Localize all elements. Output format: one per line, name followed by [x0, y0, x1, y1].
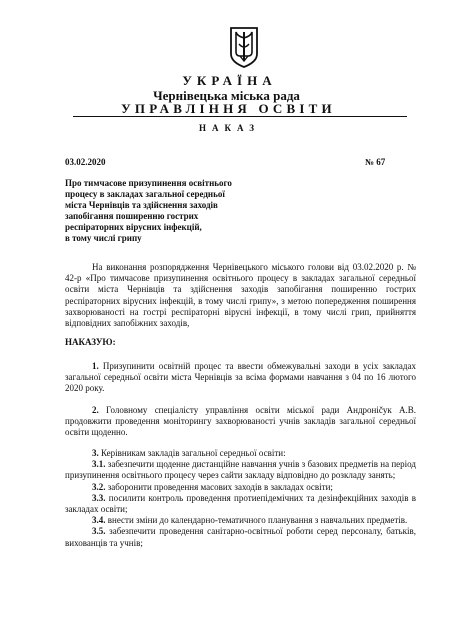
- ukraine-trident-emblem-icon: [229, 26, 259, 68]
- subject-line: Про тимчасове призупинення освітнього: [65, 178, 265, 189]
- subitem-text: внести зміни до календарно-тематичного п…: [106, 515, 408, 525]
- subitem-text: заборонити проведення масових заходів в …: [106, 482, 333, 492]
- subitem-number: 3.4.: [92, 515, 106, 525]
- order-number: № 67: [365, 157, 385, 167]
- item-text: Керівникам закладів загальної середньої …: [99, 448, 286, 458]
- order-item-2: 2. Головному спеціалісту управління осві…: [65, 405, 416, 439]
- item-number: 2.: [92, 405, 99, 415]
- subitem-3-4: 3.4. внести зміни до календарно-тематичн…: [65, 515, 416, 526]
- order-heading: НАКАЗУЮ:: [65, 337, 116, 347]
- order-item-3: 3. Керівникам закладів загальної середнь…: [65, 448, 416, 549]
- preamble-paragraph: На виконання розпорядження Чернівецького…: [65, 262, 416, 329]
- subitem-number: 3.2.: [92, 482, 106, 492]
- subject-line: процесу в закладах загальної середньої: [65, 189, 265, 200]
- item-number: 1.: [92, 361, 99, 371]
- department-name: УПРАВЛІННЯ ОСВІТИ: [0, 101, 453, 117]
- item-text: Головному спеціалісту управління освіти …: [65, 405, 416, 437]
- subitem-3-2: 3.2. заборонити проведення масових заход…: [65, 482, 416, 493]
- subitem-3-5: 3.5. забезпечити проведення санітарно-ос…: [65, 526, 416, 548]
- subitem-number: 3.3.: [92, 493, 106, 503]
- item-text: Призупинити освітній процес та ввести об…: [65, 361, 416, 393]
- subitem-text: посилити контроль проведення протиепідем…: [65, 493, 416, 514]
- item-3-intro: 3. Керівникам закладів загальної середнь…: [65, 448, 416, 459]
- subitem-number: 3.5.: [92, 526, 106, 536]
- document-type-title: НАКАЗ: [0, 123, 453, 133]
- header-divider: [73, 116, 407, 117]
- order-subject: Про тимчасове призупинення освітнього пр…: [65, 178, 265, 244]
- subitem-3-1: 3.1. забезпечити щоденне дистанційне нав…: [65, 459, 416, 481]
- subitem-text: забезпечити проведення санітарно-освітнь…: [65, 526, 416, 547]
- item-number: 3.: [92, 448, 99, 458]
- order-date: 03.02.2020: [65, 157, 106, 167]
- subitem-number: 3.1.: [92, 459, 106, 469]
- subitem-3-3: 3.3. посилити контроль проведення протие…: [65, 493, 416, 515]
- subject-line: респіраторних вірусних інфекцій,: [65, 222, 265, 233]
- subject-line: в тому числі грипу: [65, 233, 265, 244]
- country-title: УКРАЇНА: [0, 73, 453, 89]
- order-item-1: 1. Призупинити освітній процес та ввести…: [65, 361, 416, 395]
- subject-line: міста Чернівців та здійснення заходів: [65, 200, 265, 211]
- order-document-page: УКРАЇНА Чернівецька міська рада УПРАВЛІН…: [0, 0, 453, 640]
- subitem-text: забезпечити щоденне дистанційне навчання…: [65, 459, 416, 480]
- subject-line: запобігання поширенню гострих: [65, 211, 265, 222]
